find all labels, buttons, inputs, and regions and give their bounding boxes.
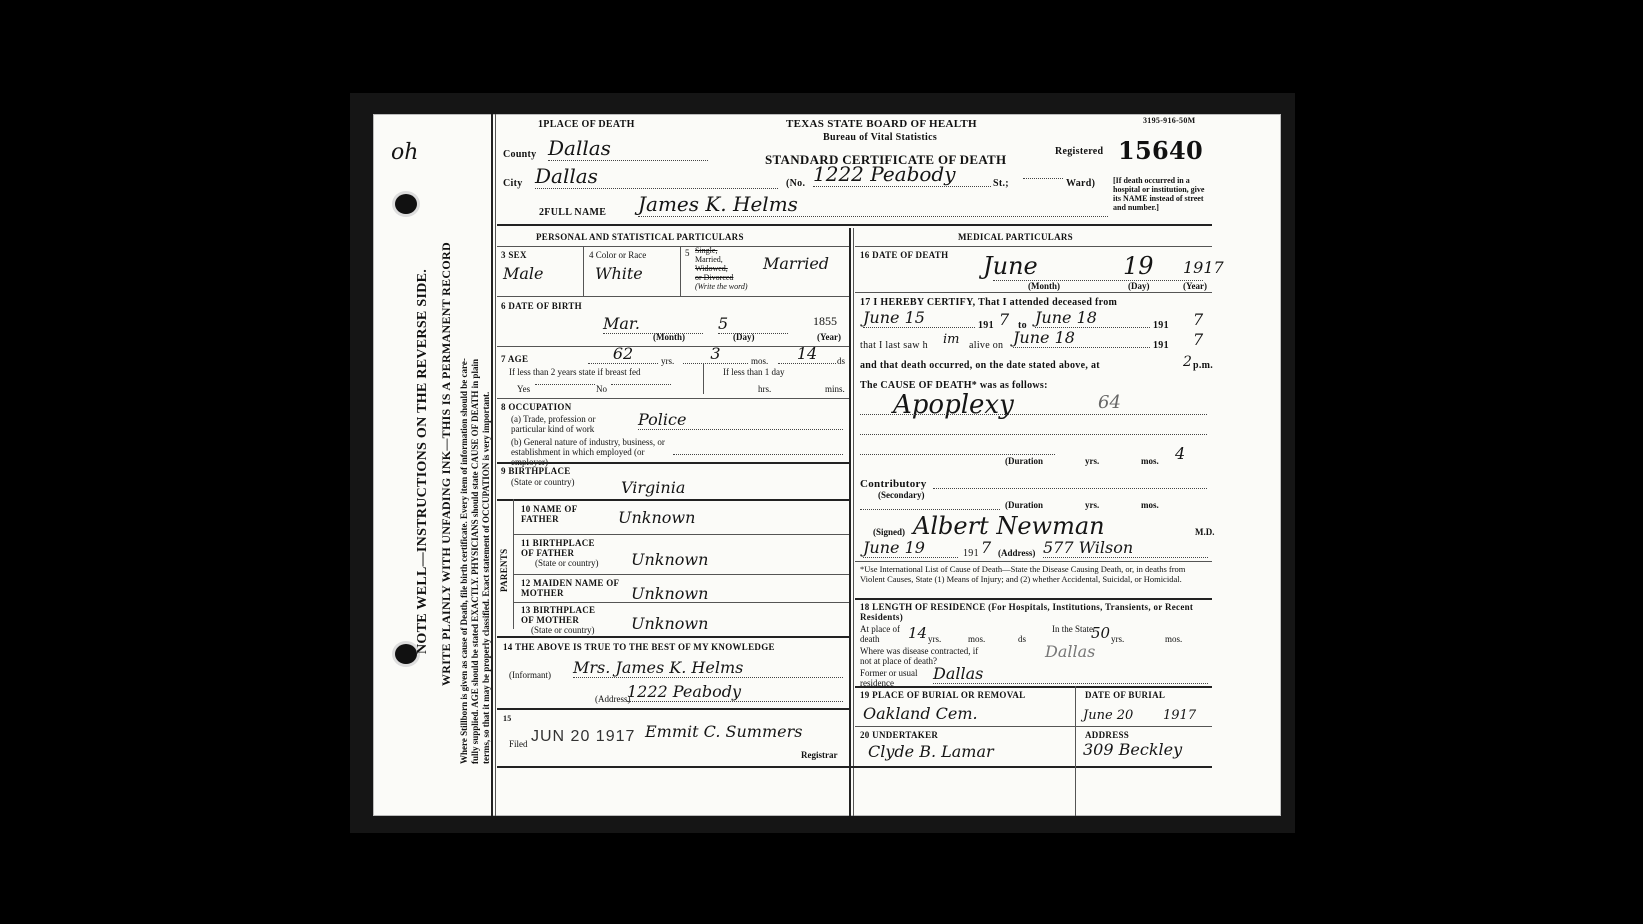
- time-suffix: p.m.: [1193, 360, 1213, 371]
- undertaker-address-label: ADDRESS: [1085, 730, 1129, 740]
- instructions-line-1: Where Stillborn is given as cause of Dea…: [459, 358, 469, 764]
- place-of-death-label: 1PLACE OF DEATH: [538, 119, 635, 130]
- age-days-field[interactable]: 14: [778, 344, 836, 364]
- physician-address-label: (Address): [998, 548, 1035, 558]
- in-state-yrs-label: yrs.: [1111, 634, 1124, 644]
- secondary-label: (Secondary): [878, 490, 925, 500]
- year-prefix-2: 191: [1153, 320, 1169, 331]
- mother-birthplace-hint: (State or country): [531, 625, 594, 635]
- sex-label: 3 SEX: [501, 250, 527, 260]
- dod-month-field[interactable]: June: [983, 252, 1038, 280]
- mother-maiden-label: 12 MAIDEN NAME OF MOTHER: [521, 578, 621, 598]
- at-place-years-field[interactable]: 14: [908, 624, 927, 642]
- dod-month-caption: (Month): [1028, 281, 1060, 291]
- mins-label: mins.: [825, 384, 845, 394]
- undertaker-field[interactable]: Clyde B. Lamar: [868, 742, 994, 761]
- father-birthplace-label: 11 BIRTHPLACE OF FATHER: [521, 538, 601, 558]
- dob-day-field[interactable]: 5: [718, 314, 788, 334]
- informant-address-label: (Address): [595, 694, 631, 704]
- ward-label: Ward): [1066, 178, 1095, 189]
- occupation-label: 8 OCCUPATION: [501, 402, 572, 412]
- punch-hole-bottom: [395, 644, 417, 664]
- marital-hint: (Write the word): [695, 282, 748, 291]
- marital-option-widowed: Widowed,: [695, 264, 728, 273]
- burial-place-label: 19 PLACE OF BURIAL OR REMOVAL: [860, 690, 1025, 700]
- knowledge-statement: 14 THE ABOVE IS TRUE TO THE BEST OF MY K…: [503, 642, 775, 652]
- physician-address-field[interactable]: 577 Wilson: [1043, 538, 1208, 558]
- occupation-field[interactable]: Police: [638, 410, 843, 430]
- yes-label: Yes: [517, 384, 530, 394]
- street-no-label: (No.: [786, 178, 805, 189]
- mother-maiden-field[interactable]: Unknown: [631, 584, 708, 603]
- duration-mos-label-1: mos.: [1141, 456, 1159, 466]
- in-state-years-field[interactable]: 50: [1091, 624, 1110, 642]
- age-label: 7 AGE: [501, 354, 528, 364]
- signed-label: (Signed): [873, 527, 905, 537]
- year-prefix-4: 191: [963, 548, 979, 559]
- time-field[interactable]: 2: [1183, 354, 1192, 370]
- duration-label-2: (Duration: [1005, 500, 1043, 510]
- cause-code: 64: [1098, 392, 1121, 413]
- mother-birthplace-field[interactable]: Unknown: [631, 614, 708, 633]
- marital-number: 5: [685, 248, 690, 258]
- death-occurred-text: and that death occurred, on the date sta…: [860, 360, 1100, 371]
- attended-from-year[interactable]: 7: [999, 310, 1009, 329]
- ds-label: ds: [837, 356, 845, 366]
- no-label: No: [596, 384, 607, 394]
- less-than-day-note: If less than 1 day: [723, 367, 784, 377]
- margin-annotation: oh: [391, 140, 418, 165]
- burial-place-field[interactable]: Oakland Cem.: [863, 704, 978, 723]
- contracted-label: Where was disease contracted, if not at …: [860, 646, 980, 666]
- signed-year[interactable]: 7: [981, 538, 991, 557]
- last-saw-label: that I last saw h: [860, 340, 928, 351]
- contracted-field[interactable]: Dallas: [1045, 642, 1095, 661]
- md-label: M.D.: [1195, 527, 1215, 537]
- filed-date-stamp: JUN 20 1917: [531, 728, 635, 746]
- mos-label: mos.: [751, 356, 768, 366]
- certify-text: 17 I HEREBY CERTIFY, That I attended dec…: [860, 297, 1117, 308]
- yrs-label: yrs.: [661, 356, 674, 366]
- birthplace-hint: (State or country): [511, 477, 574, 487]
- marital-option-married: Married,: [695, 255, 723, 264]
- duration-months-field[interactable]: 4: [1175, 444, 1185, 463]
- marital-option-divorced: or Divorced: [695, 273, 733, 282]
- street-field[interactable]: 1222 Peabody: [813, 162, 991, 187]
- contributory-label: Contributory: [860, 478, 927, 490]
- father-birthplace-field[interactable]: Unknown: [631, 550, 708, 569]
- duration-yrs-label-2: yrs.: [1085, 500, 1099, 510]
- alive-on-label: alive on: [969, 340, 1003, 351]
- residence-label: 18 LENGTH OF RESIDENCE (For Hospitals, I…: [860, 602, 1210, 622]
- registrar-signature: Emmit C. Summers: [645, 722, 802, 741]
- filed-label: Filed: [509, 739, 528, 749]
- attended-from-field[interactable]: June 15: [863, 308, 975, 328]
- duration-mos-label-2: mos.: [1141, 500, 1159, 510]
- dod-year-caption: (Year): [1183, 281, 1207, 291]
- form-number: 3195-916-50M: [1143, 116, 1195, 125]
- burial-year-field[interactable]: 1917: [1163, 708, 1196, 723]
- personal-section-title: PERSONAL AND STATISTICAL PARTICULARS: [536, 232, 744, 242]
- at-place-yrs-label: yrs.: [928, 634, 941, 644]
- mother-birthplace-label: 13 BIRTHPLACE OF MOTHER: [521, 605, 601, 625]
- breast-fed-note: If less than 2 years state if breast fed: [509, 367, 640, 377]
- dod-day-field[interactable]: 19: [1123, 252, 1154, 280]
- attended-to-field[interactable]: June 18: [1035, 308, 1150, 328]
- informant-field[interactable]: Mrs. James K. Helms: [573, 658, 843, 678]
- county-label: County: [503, 149, 536, 160]
- burial-date-label: DATE OF BURIAL: [1085, 690, 1165, 700]
- dob-label: 6 DATE OF BIRTH: [501, 301, 582, 311]
- informant-address-field[interactable]: 1222 Peabody: [627, 682, 843, 702]
- day-caption: (Day): [733, 332, 755, 342]
- attended-to-year[interactable]: 7: [1193, 310, 1203, 329]
- city-field[interactable]: Dallas: [535, 164, 778, 189]
- in-state-mos-label: mos.: [1165, 634, 1182, 644]
- board-name: TEXAS STATE BOARD OF HEALTH: [786, 118, 977, 130]
- instructions-line-3: terms, so that it may be properly classi…: [481, 392, 491, 764]
- registered-number: 15640: [1118, 136, 1203, 165]
- occupation-a-label: (a) Trade, profession or particular kind…: [511, 414, 631, 434]
- month-caption: (Month): [653, 332, 685, 342]
- former-residence-field[interactable]: Dallas: [933, 664, 1208, 684]
- registered-label: Registered: [1055, 146, 1103, 157]
- year-caption: (Year): [817, 332, 841, 342]
- bureau-name: Bureau of Vital Statistics: [823, 132, 937, 143]
- race-label: 4 Color or Race: [589, 250, 646, 260]
- st-label: St.;: [993, 178, 1009, 189]
- full-name-field[interactable]: James K. Helms: [638, 192, 1108, 217]
- dob-month-field[interactable]: Mar.: [603, 314, 703, 334]
- birthplace-field[interactable]: Virginia: [621, 478, 685, 497]
- at-place-ds-label: ds: [1018, 634, 1026, 644]
- marital-option-single: Single,: [695, 246, 717, 255]
- filed-number: 15: [503, 714, 512, 723]
- undertaker-address-field[interactable]: 309 Beckley: [1083, 740, 1182, 759]
- death-certificate: oh NOTE WELL—INSTRUCTIONS ON THE REVERSE…: [373, 114, 1281, 816]
- registrar-label: Registrar: [801, 750, 837, 760]
- sex-field[interactable]: Male: [503, 264, 544, 283]
- year-prefix-3: 191: [1153, 340, 1169, 351]
- undertaker-label: 20 UNDERTAKER: [860, 730, 938, 740]
- age-years-field[interactable]: 62: [588, 344, 658, 364]
- county-field[interactable]: Dallas: [548, 136, 708, 161]
- hrs-label: hrs.: [758, 384, 771, 394]
- at-place-mos-label: mos.: [968, 634, 985, 644]
- cause-field[interactable]: Apoplexy: [893, 390, 1014, 420]
- cause-footnote: *Use International List of Cause of Deat…: [860, 564, 1210, 584]
- burial-date-field[interactable]: June 20: [1083, 708, 1133, 723]
- note-well-text: NOTE WELL—INSTRUCTIONS ON THE REVERSE SI…: [415, 269, 431, 654]
- last-saw-year[interactable]: 7: [1193, 330, 1203, 349]
- city-label: City: [503, 178, 523, 189]
- year-prefix-1: 191: [978, 320, 994, 331]
- birthplace-label: 9 BIRTHPLACE: [501, 466, 571, 476]
- hospital-note: [If death occurred in a hospital or inst…: [1113, 176, 1208, 212]
- age-months-field[interactable]: 3: [683, 344, 748, 364]
- father-birthplace-hint: (State or country): [535, 558, 598, 568]
- full-name-label: 2FULL NAME: [539, 207, 606, 218]
- duration-label-1: (Duration: [1005, 456, 1043, 466]
- medical-section-title: MEDICAL PARTICULARS: [958, 232, 1073, 242]
- punch-hole-top: [395, 194, 417, 214]
- dod-year-field[interactable]: 1917: [1183, 258, 1224, 277]
- dob-year-field[interactable]: 1855: [813, 314, 837, 329]
- race-field[interactable]: White: [595, 264, 643, 283]
- instructions-line-2: fully supplied. AGE should be stated EXA…: [470, 359, 480, 764]
- duration-yrs-label-1: yrs.: [1085, 456, 1099, 466]
- dod-label: 16 DATE OF DEATH: [860, 250, 948, 260]
- dod-day-caption: (Day): [1128, 281, 1150, 291]
- signed-date-field[interactable]: June 19: [863, 538, 958, 558]
- father-name-field[interactable]: Unknown: [618, 508, 695, 527]
- informant-label: (Informant): [509, 670, 551, 680]
- marital-field[interactable]: Married: [763, 254, 829, 273]
- former-residence-label: Former or usual residence: [860, 668, 930, 688]
- write-plainly-text: WRITE PLAINLY WITH UNFADING INK—THIS IS …: [439, 242, 454, 686]
- last-saw-field[interactable]: June 18: [1013, 328, 1150, 348]
- parents-label: PARENTS: [499, 549, 509, 592]
- physician-signature: Albert Newman: [913, 512, 1105, 540]
- last-saw-pronoun[interactable]: im: [943, 332, 960, 347]
- father-name-label: 10 NAME OF FATHER: [521, 504, 591, 524]
